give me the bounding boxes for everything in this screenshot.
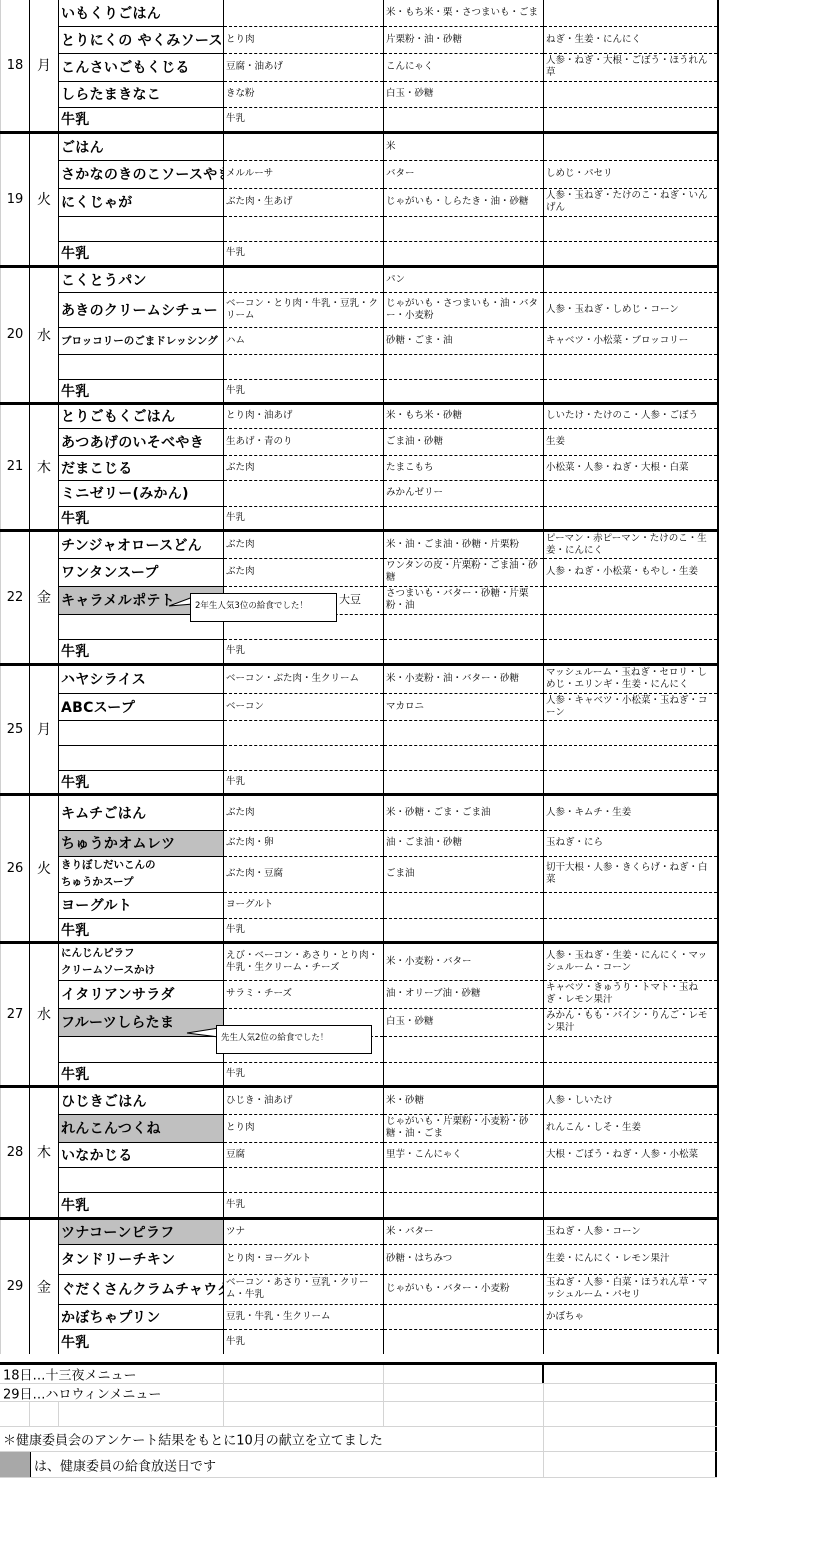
ingredient-vitamin (544, 720, 718, 745)
ingredient-protein (224, 480, 384, 506)
ingredient-protein: 牛乳 (224, 1062, 384, 1086)
menu-row: ワンタンスープぶた肉ワンタンの皮・片栗粉・ごま油・砂糖人参・ねぎ・小松菜・もやし… (1, 558, 718, 586)
dish-name: ヨーグルト (59, 892, 224, 918)
menu-row: キャラメルポテト大豆さつまいも・バター・砂糖・片栗粉・油 (1, 586, 718, 614)
ingredient-energy (384, 354, 544, 379)
ingredient-protein: メルルーサ (224, 160, 384, 188)
ingredient-energy (384, 1304, 544, 1329)
menu-row: 牛乳牛乳 (1, 1062, 718, 1086)
ingredient-vitamin (544, 266, 718, 292)
day-number: 27 (1, 942, 30, 1086)
menu-row: 牛乳牛乳 (1, 107, 718, 132)
ingredient-vitamin: 人参・玉ねぎ・しめじ・コーン (544, 292, 718, 327)
ingredient-vitamin (544, 1329, 718, 1354)
menu-row: ヨーグルトヨーグルト (1, 892, 718, 918)
menu-row: ミニゼリー(みかん)みかんゼリー (1, 480, 718, 506)
ingredient-protein: きな粉 (224, 81, 384, 107)
ingredient-energy: 米 (384, 132, 544, 160)
note-survey: ＊健康委員会のアンケート結果をもとに10月の献立を立てました (3, 1430, 383, 1449)
ingredient-vitamin: しいたけ・たけのこ・人参・ごぼう (544, 403, 718, 428)
ingredient-energy: こんにゃく (384, 53, 544, 81)
ingredient-protein: えび・ベーコン・あさり・とり肉・牛乳・生クリーム・チーズ (224, 942, 384, 980)
ingredient-energy: 米・バター (384, 1218, 544, 1244)
ingredient-protein (224, 132, 384, 160)
menu-row: 28木ひじきごはんひじき・油あげ米・砂糖人参・しいたけ (1, 1086, 718, 1114)
dish-name: イタリアンサラダ (59, 980, 224, 1008)
ingredient-vitamin (544, 216, 718, 241)
ingredient-energy: マカロニ (384, 693, 544, 720)
menu-row: 27水にんじんピラフクリームソースかけえび・ベーコン・あさり・とり肉・牛乳・生ク… (1, 942, 718, 980)
ingredient-protein: ぶた肉・卵 (224, 830, 384, 856)
callout-text: 先生人気2位の給食でした！ (221, 1033, 328, 1043)
ingredient-vitamin (544, 132, 718, 160)
ingredient-energy (384, 1329, 544, 1354)
ingredient-energy: 砂糖・はちみつ (384, 1244, 544, 1274)
ingredient-protein: 生あげ・青のり (224, 428, 384, 455)
dish-name: ブロッコリーのごまドレッシング (59, 327, 224, 354)
menu-row: 26火キムチごはんぶた肉米・砂糖・ごま・ごま油人参・キムチ・生姜 (1, 794, 718, 830)
ingredient-protein: ベーコン・ぶた肉・生クリーム (224, 664, 384, 693)
ingredient-vitamin: しめじ・パセリ (544, 160, 718, 188)
menu-row: さかなのきのこソースやきメルルーサバターしめじ・パセリ (1, 160, 718, 188)
legend-text: は、健康委員の給食放送日です (34, 1455, 216, 1474)
menu-row: 牛乳牛乳 (1, 241, 718, 266)
ingredient-protein: ぶた肉 (224, 558, 384, 586)
ingredient-energy: 米・小麦粉・油・バター・砂糖 (384, 664, 544, 693)
ingredient-protein: ハム (224, 327, 384, 354)
callout-text: 2年生人気3位の給食でした！ (195, 601, 308, 611)
ingredient-vitamin (544, 0, 718, 26)
note-jusanya: 18日…十三夜メニュー (3, 1365, 137, 1384)
ingredient-vitamin: 人参・キャベツ・小松菜・玉ねぎ・コーン (544, 693, 718, 720)
menu-row: とりにくの やくみソースとり肉片栗粉・油・砂糖ねぎ・生姜・にんにく (1, 26, 718, 53)
menu-row: あきのクリームシチューベーコン・とり肉・牛乳・豆乳・クリームじゃがいも・さつまい… (1, 292, 718, 327)
dish-name: しらたまきなこ (59, 81, 224, 107)
ingredient-protein (224, 0, 384, 26)
day-number: 20 (1, 266, 30, 403)
ingredient-protein: サラミ・チーズ (224, 980, 384, 1008)
weekday: 金 (30, 530, 59, 664)
ingredient-protein: ぶた肉 (224, 455, 384, 480)
menu-row (1, 745, 718, 770)
ingredient-energy: ごま油 (384, 856, 544, 892)
ingredient-energy (384, 506, 544, 530)
note-row: 18日…十三夜メニュー (0, 1365, 717, 1384)
dish-name (59, 745, 224, 770)
dish-name: キムチごはん (59, 794, 224, 830)
menu-row: タンドリーチキンとり肉・ヨーグルト砂糖・はちみつ生姜・にんにく・レモン果汁 (1, 1244, 718, 1274)
ingredient-vitamin: 玉ねぎ・人参・コーン (544, 1218, 718, 1244)
menu-row: きりぼしだいこんのちゅうかスープぶた肉・豆腐ごま油切干大根・人参・きくらげ・ねぎ… (1, 856, 718, 892)
menu-table: 18月いもくりごはん米・もち米・栗・さつまいも・ごまとりにくの やくみソースとり… (0, 0, 719, 1354)
day-number: 25 (1, 664, 30, 794)
menu-row (1, 720, 718, 745)
dish-name: きりぼしだいこんのちゅうかスープ (59, 856, 224, 892)
ingredient-energy: ワンタンの皮・片栗粉・ごま油・砂糖 (384, 558, 544, 586)
ingredient-vitamin (544, 241, 718, 266)
ingredient-energy: ごま油・砂糖 (384, 428, 544, 455)
ingredient-energy (384, 107, 544, 132)
day-number: 28 (1, 1086, 30, 1218)
dish-name: 牛乳 (59, 506, 224, 530)
ingredient-vitamin (544, 1062, 718, 1086)
dish-name (59, 720, 224, 745)
footer-notes: 18日…十三夜メニュー 29日…ハロウィンメニュー ＊健康委員会のアンケート結果… (0, 1362, 717, 1478)
ingredient-vitamin: マッシュルーム・玉ねぎ・セロリ・しめじ・エリンギ・生姜・にんにく (544, 664, 718, 693)
ingredient-vitamin (544, 1036, 718, 1062)
day-number: 21 (1, 403, 30, 530)
ingredient-energy: 米・もち米・栗・さつまいも・ごま (384, 0, 544, 26)
menu-row: れんこんつくねとり肉じゃがいも・片栗粉・小麦粉・砂糖・油・ごまれんこん・しそ・生… (1, 1114, 718, 1142)
dish-name: さかなのきのこソースやき (59, 160, 224, 188)
weekday: 木 (30, 403, 59, 530)
note-halloween: 29日…ハロウィンメニュー (3, 1383, 161, 1402)
dish-name: こくとうパン (59, 266, 224, 292)
ingredient-energy (384, 892, 544, 918)
ingredient-energy (384, 1036, 544, 1062)
menu-row: しらたまきなこきな粉白玉・砂糖 (1, 81, 718, 107)
weekday: 水 (30, 942, 59, 1086)
menu-row (1, 354, 718, 379)
menu-row: 牛乳牛乳 (1, 506, 718, 530)
ingredient-protein: 牛乳 (224, 241, 384, 266)
lunch-menu-sheet: 18月いもくりごはん米・もち米・栗・さつまいも・ごまとりにくの やくみソースとり… (0, 0, 819, 1561)
dish-name: ABCスープ (59, 693, 224, 720)
ingredient-vitamin (544, 81, 718, 107)
ingredient-vitamin: キャベツ・きゅうり・トマト・玉ねぎ・レモン果汁 (544, 980, 718, 1008)
dish-name: 牛乳 (59, 379, 224, 403)
ingredient-vitamin: 玉ねぎ・人参・白菜・ほうれん草・マッシュルーム・パセリ (544, 1274, 718, 1304)
dish-name: にんじんピラフクリームソースかけ (59, 942, 224, 980)
ingredient-energy (384, 770, 544, 794)
ingredient-energy: パン (384, 266, 544, 292)
ingredient-protein: 牛乳 (224, 770, 384, 794)
ingredient-vitamin: 人参・キムチ・生姜 (544, 794, 718, 830)
dish-name: 牛乳 (59, 918, 224, 942)
ingredient-energy: 米・もち米・砂糖 (384, 403, 544, 428)
ingredient-protein: ベーコン・とり肉・牛乳・豆乳・クリーム (224, 292, 384, 327)
menu-row: あつあげのいそべやき生あげ・青のりごま油・砂糖生姜 (1, 428, 718, 455)
ingredient-vitamin: 大根・ごぼう・ねぎ・人参・小松菜 (544, 1142, 718, 1167)
dish-name (59, 1167, 224, 1192)
ingredient-vitamin (544, 770, 718, 794)
ingredient-energy: じゃがいも・バター・小麦粉 (384, 1274, 544, 1304)
menu-row: こんさいごもくじる豆腐・油あげこんにゃく人参・ねぎ・大根・ごぼう・ほうれん草 (1, 53, 718, 81)
ingredient-vitamin (544, 586, 718, 614)
ingredient-energy: 里芋・こんにゃく (384, 1142, 544, 1167)
ingredient-vitamin: 生姜 (544, 428, 718, 455)
dish-name (59, 216, 224, 241)
ingredient-protein: ツナ (224, 1218, 384, 1244)
dish-name: 牛乳 (59, 639, 224, 664)
weekday: 月 (30, 0, 59, 132)
ingredient-protein (224, 720, 384, 745)
callout-pointer-icon (186, 1027, 220, 1041)
menu-row: 牛乳牛乳 (1, 1192, 718, 1218)
menu-row (1, 1167, 718, 1192)
ingredient-energy: じゃがいも・しらたき・油・砂糖 (384, 188, 544, 216)
ingredient-protein (224, 266, 384, 292)
dish-name: タンドリーチキン (59, 1244, 224, 1274)
menu-row: 牛乳牛乳 (1, 639, 718, 664)
ingredient-energy: 油・オリーブ油・砂糖 (384, 980, 544, 1008)
menu-row: いなかじる豆腐里芋・こんにゃく大根・ごぼう・ねぎ・人参・小松菜 (1, 1142, 718, 1167)
menu-row: 19火ごはん米 (1, 132, 718, 160)
ingredient-protein: ヨーグルト (224, 892, 384, 918)
dish-name: ワンタンスープ (59, 558, 224, 586)
ingredient-vitamin: 生姜・にんにく・レモン果汁 (544, 1244, 718, 1274)
dish-name: 牛乳 (59, 1192, 224, 1218)
dish-name: ぐだくさんクラムチャウダー (59, 1274, 224, 1304)
ingredient-protein: ぶた肉・豆腐 (224, 856, 384, 892)
ingredient-vitamin (544, 354, 718, 379)
ingredient-energy (384, 614, 544, 639)
ingredient-protein: 牛乳 (224, 639, 384, 664)
ingredient-vitamin: れんこん・しそ・生姜 (544, 1114, 718, 1142)
weekday: 水 (30, 266, 59, 403)
dish-name: ハヤシライス (59, 664, 224, 693)
ingredient-protein: 牛乳 (224, 506, 384, 530)
ingredient-protein: ひじき・油あげ (224, 1086, 384, 1114)
dish-name: ミニゼリー(みかん) (59, 480, 224, 506)
ingredient-vitamin: 切干大根・人参・きくらげ・ねぎ・白菜 (544, 856, 718, 892)
ingredient-vitamin: 玉ねぎ・にら (544, 830, 718, 856)
dish-name: ちゅうかオムレツ (59, 830, 224, 856)
dish-name: 牛乳 (59, 770, 224, 794)
ingredient-energy: さつまいも・バター・砂糖・片栗粉・油 (384, 586, 544, 614)
ingredient-vitamin (544, 639, 718, 664)
ingredient-protein: ぶた肉 (224, 530, 384, 558)
dish-name: 牛乳 (59, 241, 224, 266)
dish-name: あきのクリームシチュー (59, 292, 224, 327)
ingredient-energy: 米・砂糖 (384, 1086, 544, 1114)
menu-row: かぼちゃプリン豆乳・牛乳・生クリームかぼちゃ (1, 1304, 718, 1329)
empty-row (0, 1402, 717, 1427)
ingredient-vitamin (544, 892, 718, 918)
menu-row: ブロッコリーのごまドレッシングハム砂糖・ごま・油キャベツ・小松菜・ブロッコリー (1, 327, 718, 354)
ingredient-energy: たまこもち (384, 455, 544, 480)
menu-row: 25月ハヤシライスベーコン・ぶた肉・生クリーム米・小麦粉・油・バター・砂糖マッシ… (1, 664, 718, 693)
ingredient-energy: バター (384, 160, 544, 188)
highlight-legend-swatch (0, 1452, 31, 1477)
ingredient-protein: 豆腐 (224, 1142, 384, 1167)
dish-name: れんこんつくね (59, 1114, 224, 1142)
ingredient-vitamin: 人参・しいたけ (544, 1086, 718, 1114)
ingredient-protein: ベーコン・あさり・豆乳・クリーム・牛乳 (224, 1274, 384, 1304)
ingredient-protein: ぶた肉・生あげ (224, 188, 384, 216)
ingredient-protein (224, 216, 384, 241)
ingredient-energy: 片栗粉・油・砂糖 (384, 26, 544, 53)
callout-fruit-shiratama: 先生人気2位の給食でした！ (216, 1025, 372, 1054)
dish-name: いなかじる (59, 1142, 224, 1167)
ingredient-energy (384, 1062, 544, 1086)
ingredient-protein: とり肉・ヨーグルト (224, 1244, 384, 1274)
day-number: 26 (1, 794, 30, 942)
dish-name: とりにくの やくみソース (59, 26, 224, 53)
ingredient-protein: 牛乳 (224, 107, 384, 132)
ingredient-vitamin (544, 107, 718, 132)
ingredient-energy: 米・油・ごま油・砂糖・片栗粉 (384, 530, 544, 558)
dish-name: にくじゃが (59, 188, 224, 216)
ingredient-protein: 豆腐・油あげ (224, 53, 384, 81)
ingredient-vitamin (544, 745, 718, 770)
ingredient-vitamin (544, 506, 718, 530)
ingredient-protein: 牛乳 (224, 1329, 384, 1354)
note-row: 29日…ハロウィンメニュー (0, 1384, 717, 1402)
ingredient-energy (384, 241, 544, 266)
ingredient-protein: とり肉 (224, 26, 384, 53)
ingredient-vitamin: みかん・もも・パイン・りんご・レモン果汁 (544, 1008, 718, 1036)
ingredient-protein (224, 1167, 384, 1192)
menu-row: 牛乳牛乳 (1, 770, 718, 794)
menu-row: 牛乳牛乳 (1, 1329, 718, 1354)
day-number: 29 (1, 1218, 30, 1354)
ingredient-vitamin: 小松菜・人参・ねぎ・大根・白菜 (544, 455, 718, 480)
ingredient-protein: 牛乳 (224, 379, 384, 403)
day-number: 19 (1, 132, 30, 266)
menu-row: 21木とりごもくごはんとり肉・油あげ米・もち米・砂糖しいたけ・たけのこ・人参・ご… (1, 403, 718, 428)
dish-name: とりごもくごはん (59, 403, 224, 428)
ingredient-protein: ぶた肉 (224, 794, 384, 830)
ingredient-energy (384, 639, 544, 664)
dish-name: だまこじる (59, 455, 224, 480)
weekday: 月 (30, 664, 59, 794)
dish-name: いもくりごはん (59, 0, 224, 26)
dish-name: 牛乳 (59, 107, 224, 132)
ingredient-energy: 米・砂糖・ごま・ごま油 (384, 794, 544, 830)
day-number: 22 (1, 530, 30, 664)
ingredient-energy (384, 216, 544, 241)
ingredient-vitamin: ピーマン・赤ピーマン・たけのこ・生姜・にんにく (544, 530, 718, 558)
weekday: 木 (30, 1086, 59, 1218)
menu-row: ぐだくさんクラムチャウダーベーコン・あさり・豆乳・クリーム・牛乳じゃがいも・バタ… (1, 1274, 718, 1304)
menu-row: 18月いもくりごはん米・もち米・栗・さつまいも・ごま (1, 0, 718, 26)
dish-name: 牛乳 (59, 1062, 224, 1086)
weekday: 金 (30, 1218, 59, 1354)
ingredient-vitamin: 人参・玉ねぎ・生姜・にんにく・マッシュルーム・コーン (544, 942, 718, 980)
ingredient-energy: 白玉・砂糖 (384, 81, 544, 107)
ingredient-energy: じゃがいも・さつまいも・油・バター・小麦粉 (384, 292, 544, 327)
ingredient-vitamin (544, 1192, 718, 1218)
ingredient-protein: とり肉・油あげ (224, 403, 384, 428)
ingredient-vitamin (544, 614, 718, 639)
ingredient-vitamin (544, 379, 718, 403)
ingredient-energy (384, 918, 544, 942)
ingredient-energy: みかんゼリー (384, 480, 544, 506)
ingredient-vitamin (544, 1167, 718, 1192)
ingredient-energy: 米・小麦粉・バター (384, 942, 544, 980)
ingredient-vitamin (544, 480, 718, 506)
ingredient-energy (384, 745, 544, 770)
ingredient-vitamin: 人参・ねぎ・小松菜・もやし・生姜 (544, 558, 718, 586)
dish-name (59, 354, 224, 379)
menu-row: だまこじるぶた肉たまこもち小松菜・人参・ねぎ・大根・白菜 (1, 455, 718, 480)
dish-name: ごはん (59, 132, 224, 160)
ingredient-vitamin: かぼちゃ (544, 1304, 718, 1329)
ingredient-protein: 豆乳・牛乳・生クリーム (224, 1304, 384, 1329)
ingredient-energy (384, 379, 544, 403)
dish-name: ひじきごはん (59, 1086, 224, 1114)
menu-row (1, 614, 718, 639)
dish-name: ツナコーンピラフ (59, 1218, 224, 1244)
ingredient-vitamin: ねぎ・生姜・にんにく (544, 26, 718, 53)
ingredient-protein: 牛乳 (224, 918, 384, 942)
ingredient-energy: 白玉・砂糖 (384, 1008, 544, 1036)
callout-caramel-potato: 2年生人気3位の給食でした！ (190, 593, 337, 622)
ingredient-energy (384, 1192, 544, 1218)
dish-name: こんさいごもくじる (59, 53, 224, 81)
menu-row: 29金ツナコーンピラフツナ米・バター玉ねぎ・人参・コーン (1, 1218, 718, 1244)
note-row: ＊健康委員会のアンケート結果をもとに10月の献立を立てました (0, 1427, 717, 1452)
day-number: 18 (1, 0, 30, 132)
dish-name: かぼちゃプリン (59, 1304, 224, 1329)
ingredient-energy: じゃがいも・片栗粉・小麦粉・砂糖・油・ごま (384, 1114, 544, 1142)
weekday: 火 (30, 794, 59, 942)
menu-row: 22金チンジャオロースどんぶた肉米・油・ごま油・砂糖・片栗粉ピーマン・赤ピーマン… (1, 530, 718, 558)
ingredient-energy: 油・ごま油・砂糖 (384, 830, 544, 856)
ingredient-energy (384, 1167, 544, 1192)
weekday: 火 (30, 132, 59, 266)
menu-row: にくじゃがぶた肉・生あげじゃがいも・しらたき・油・砂糖人参・玉ねぎ・たけのこ・ね… (1, 188, 718, 216)
ingredient-vitamin (544, 918, 718, 942)
menu-row: イタリアンサラダサラミ・チーズ油・オリーブ油・砂糖キャベツ・きゅうり・トマト・玉… (1, 980, 718, 1008)
menu-row: ABCスープベーコンマカロニ人参・キャベツ・小松菜・玉ねぎ・コーン (1, 693, 718, 720)
ingredient-energy: 砂糖・ごま・油 (384, 327, 544, 354)
ingredient-protein: 牛乳 (224, 1192, 384, 1218)
dish-name: 牛乳 (59, 1329, 224, 1354)
ingredient-protein (224, 354, 384, 379)
ingredient-protein (224, 745, 384, 770)
menu-row: 牛乳牛乳 (1, 379, 718, 403)
dish-name: チンジャオロースどん (59, 530, 224, 558)
menu-row: ちゅうかオムレツぶた肉・卵油・ごま油・砂糖玉ねぎ・にら (1, 830, 718, 856)
ingredient-protein: ベーコン (224, 693, 384, 720)
dish-name: あつあげのいそべやき (59, 428, 224, 455)
menu-row: 牛乳牛乳 (1, 918, 718, 942)
ingredient-energy (384, 720, 544, 745)
ingredient-vitamin: 人参・玉ねぎ・たけのこ・ねぎ・いんげん (544, 188, 718, 216)
legend-row: は、健康委員の給食放送日です (0, 1452, 717, 1478)
menu-row (1, 216, 718, 241)
ingredient-protein: とり肉 (224, 1114, 384, 1142)
ingredient-vitamin: 人参・ねぎ・大根・ごぼう・ほうれん草 (544, 53, 718, 81)
ingredient-vitamin: キャベツ・小松菜・ブロッコリー (544, 327, 718, 354)
menu-row: 20水こくとうパンパン (1, 266, 718, 292)
